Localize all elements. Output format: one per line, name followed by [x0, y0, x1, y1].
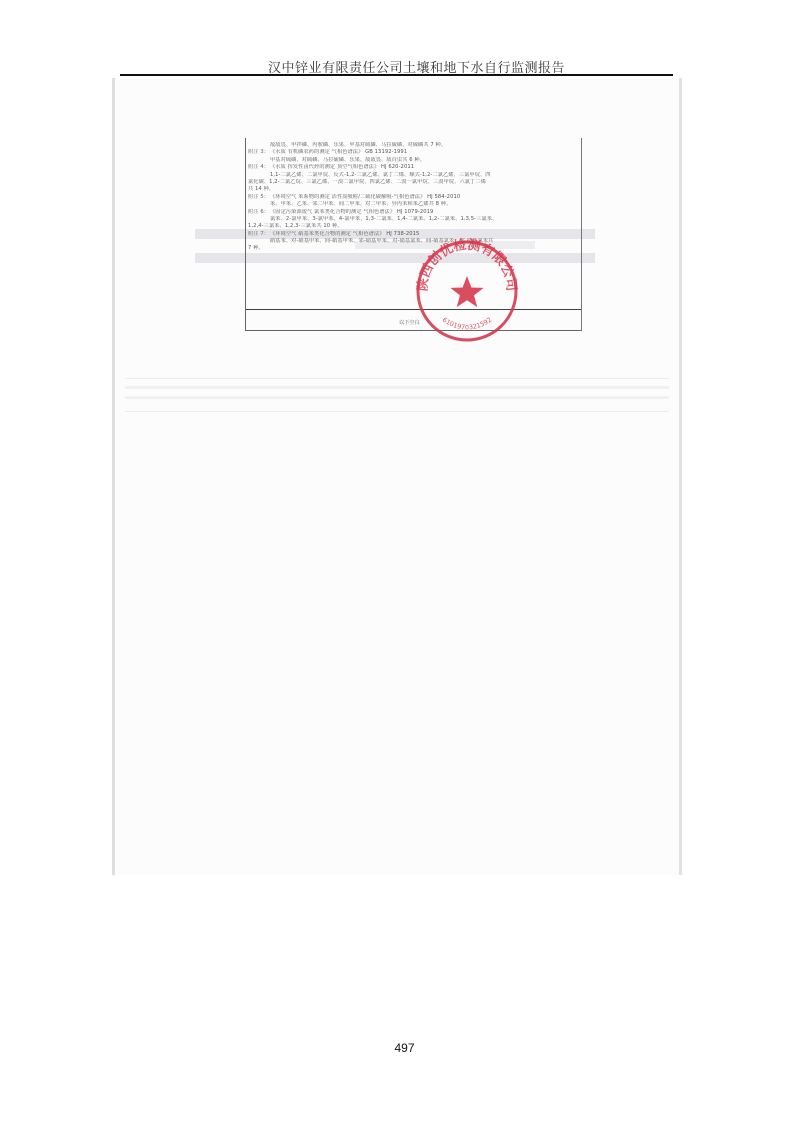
annotation-text: 7 种。: [248, 245, 264, 251]
annotation-label: 附注 3：: [248, 149, 270, 156]
annotation-label: 附注 4：: [248, 164, 270, 171]
annotation-line: 甲基对硫磷、对硫磷、马拉硫磷、乐果、敌敌畏、敌百虫共 6 种。: [248, 157, 580, 164]
annotation-text: 《环境空气 苯系物的测定 活性炭吸附/二硫化碳解吸-气相色谱法》 HJ 584-…: [270, 194, 460, 200]
annotation-line: 附注 3：《水质 有机磷农药的测定 气相色谱法》 GB 13192-1991: [248, 149, 580, 156]
annotation-text: 《固定污染源废气 氯苯类化合物的测定 气相色谱法》 HJ 1079-2019: [270, 209, 433, 215]
annotation-text: 敌敌畏、甲拌磷、丙胺磷、乐果、甲基对硫磷、马拉硫磷、对硫磷共 7 种。: [270, 142, 446, 148]
annotation-text: 1,1-二氯乙烯、二氯甲烷、反式-1,2-二氯乙烯、氯丁二烯、顺式-1,2-二氯…: [270, 172, 491, 178]
company-seal-stamp: 陕西创优检测有限公司 6101970321592: [412, 236, 522, 346]
annotation-text: 氯化碳、1,2-二氯乙烷、三氯乙烯、一溴二氯甲烷、四氯乙烯、二溴一氯甲烷、三溴甲…: [248, 179, 486, 185]
scanned-page-image: 敌敌畏、甲拌磷、丙胺磷、乐果、甲基对硫磷、马拉硫磷、对硫磷共 7 种。附注 3：…: [112, 78, 682, 875]
annotation-text: 苯、甲苯、乙苯、邻二甲苯、间二甲苯、对二甲苯、异丙苯和苯乙烯共 8 种。: [270, 201, 451, 207]
annotation-line: 氯苯、2-氯甲苯、3-氯甲苯、4-氯甲苯、1,3-二氯苯、1,4-二氯苯、1,2…: [248, 216, 580, 223]
annotation-text: 《环境空气 硝基苯类化合物的测定 气相色谱法》 HJ 738-2015: [270, 231, 419, 237]
faint-scan-band: [125, 396, 669, 399]
faint-scan-line: [125, 411, 669, 412]
annotation-line: 附注 5：《环境空气 苯系物的测定 活性炭吸附/二硫化碳解吸-气相色谱法》 HJ…: [248, 194, 580, 201]
svg-text:6101970321592: 6101970321592: [441, 316, 494, 332]
annotation-line: 共 14 种。: [248, 186, 580, 193]
header-divider: [120, 74, 673, 76]
star-icon: [450, 276, 483, 307]
faint-scan-line: [125, 378, 669, 379]
annotation-line: 1,1-二氯乙烯、二氯甲烷、反式-1,2-二氯乙烯、氯丁二烯、顺式-1,2-二氯…: [248, 172, 580, 179]
annotation-line: 附注 4：《水质 挥发性卤代烃的测定 顶空气相色谱法》 HJ 620-2011: [248, 164, 580, 171]
annotation-text: 共 14 种。: [248, 186, 274, 192]
annotation-line: 氯化碳、1,2-二氯乙烷、三氯乙烯、一溴二氯甲烷、四氯乙烯、二溴一氯甲烷、三溴甲…: [248, 179, 580, 186]
annotation-text: 甲基对硫磷、对硫磷、马拉硫磷、乐果、敌敌畏、敌百虫共 6 种。: [270, 157, 425, 163]
annotation-text: 《水质 挥发性卤代烃的测定 顶空气相色谱法》 HJ 620-2011: [270, 164, 414, 170]
faint-scan-band: [125, 386, 669, 389]
annotation-text: 氯苯、2-氯甲苯、3-氯甲苯、4-氯甲苯、1,3-二氯苯、1,4-二氯苯、1,2…: [270, 216, 497, 222]
annotation-line: 附注 6：《固定污染源废气 氯苯类化合物的测定 气相色谱法》 HJ 1079-2…: [248, 209, 580, 216]
annotation-label: 附注 7：: [248, 231, 270, 238]
annotation-line: 苯、甲苯、乙苯、邻二甲苯、间二甲苯、对二甲苯、异丙苯和苯乙烯共 8 种。: [248, 201, 580, 208]
annotation-line: 敌敌畏、甲拌磷、丙胺磷、乐果、甲基对硫磷、马拉硫磷、对硫磷共 7 种。: [248, 142, 580, 149]
annotation-line: 1,2,4-三氯苯、1,2,3-三氯苯共 10 种。: [248, 223, 580, 230]
annotation-label: 附注 5：: [248, 194, 270, 201]
annotation-text: 1,2,4-三氯苯、1,2,3-三氯苯共 10 种。: [248, 223, 343, 229]
annotation-text: 《水质 有机磷农药的测定 气相色谱法》 GB 13192-1991: [270, 149, 407, 155]
page-number: 497: [0, 1041, 793, 1055]
annotation-label: 附注 6：: [248, 209, 270, 216]
